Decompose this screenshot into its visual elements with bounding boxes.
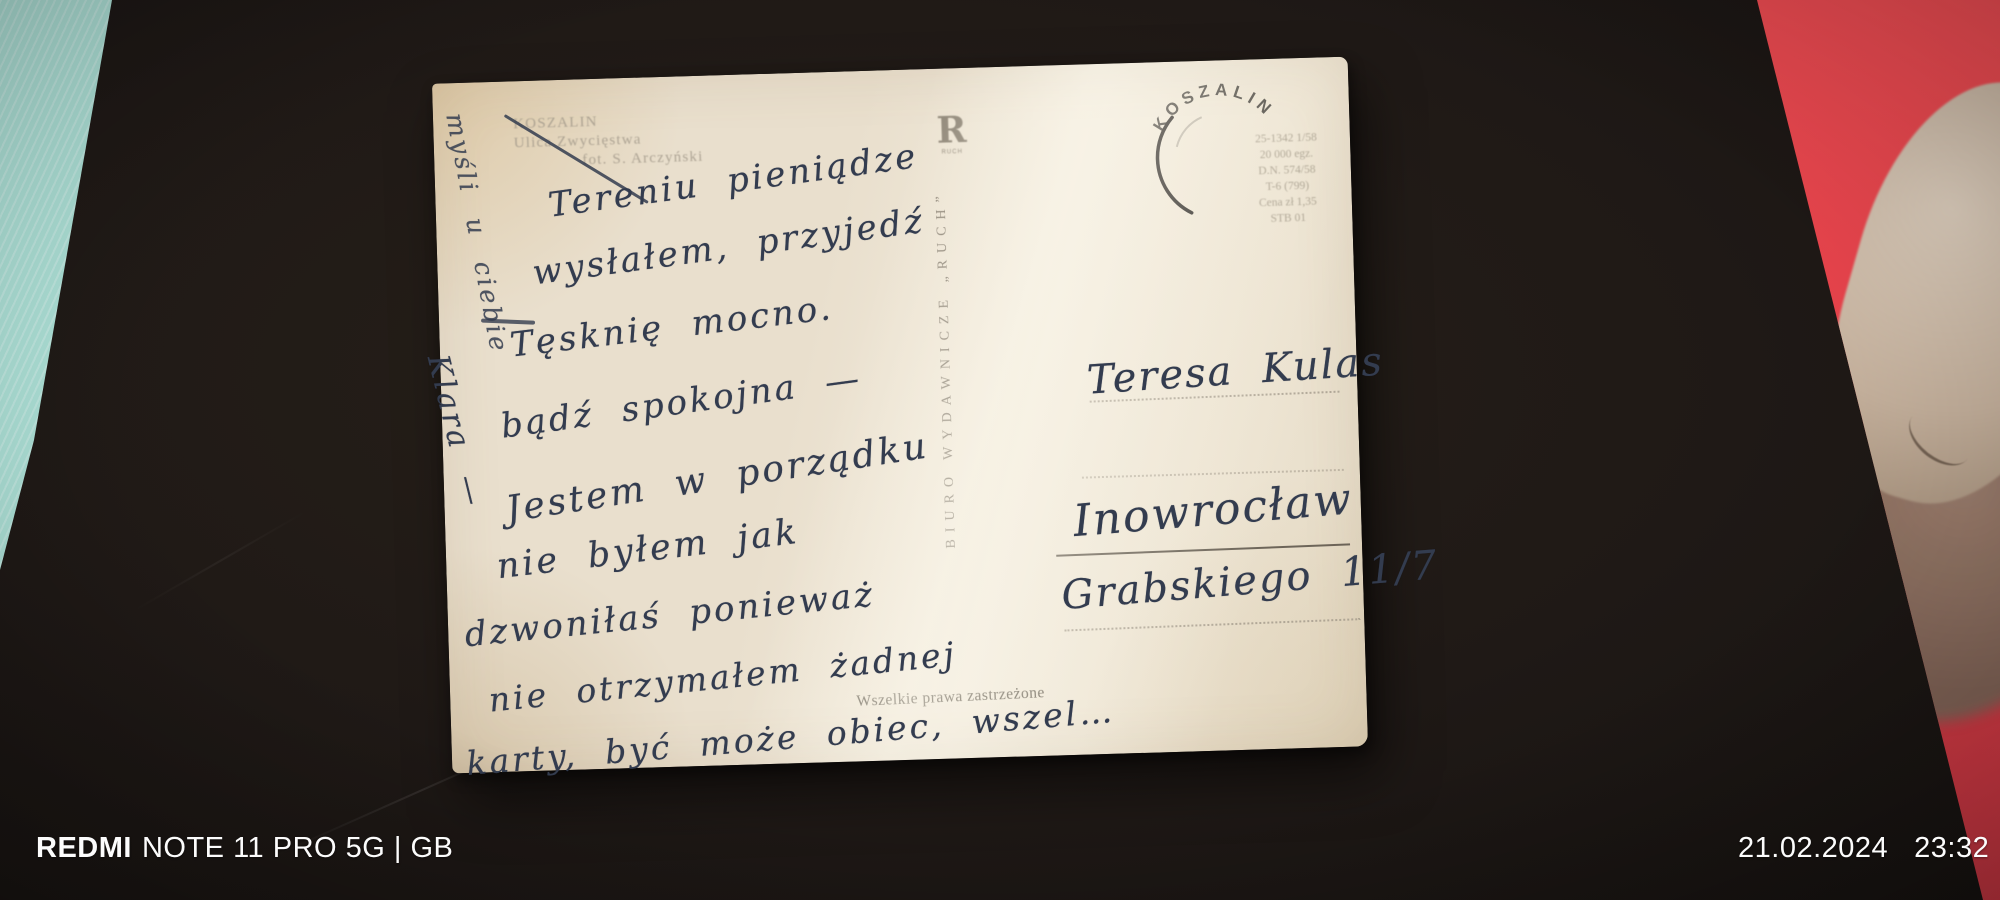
publisher-vertical-text: BIURO WYDAWNICZE „RUCH” xyxy=(933,189,962,549)
message-line: bądź spokojna — xyxy=(498,358,864,446)
watermark-model: NOTE 11 PRO 5G | GB xyxy=(142,832,453,864)
message-line: dzwoniłaś ponieważ xyxy=(463,575,877,656)
address-rule-dotted xyxy=(1064,618,1360,631)
red-fabric xyxy=(1700,0,2000,900)
svg-text:KOSZALIN: KOSZALIN xyxy=(1148,78,1279,135)
message-line: Jestem w porządku xyxy=(503,425,932,530)
photo-scene: KOSZALIN Ulica Zwycięstwa fot. S. Arczyń… xyxy=(0,0,2000,900)
watermark-date: 21.02.2024 xyxy=(1738,832,1888,864)
surface-scratch xyxy=(133,510,307,612)
camera-watermark-datetime: 21.02.202423:32 xyxy=(1738,832,1989,865)
address-recipient: Teresa Kulas xyxy=(1086,338,1385,403)
watermark-time: 23:32 xyxy=(1914,832,1989,864)
printed-caption: KOSZALIN Ulica Zwycięstwa fot. S. Arczyń… xyxy=(513,110,704,173)
postcard-back: KOSZALIN Ulica Zwycięstwa fot. S. Arczyń… xyxy=(432,57,1368,774)
address-city: Inowrocław xyxy=(1071,473,1354,547)
message-line: Tęsknię mocno. xyxy=(508,288,835,366)
camera-watermark-device: REDMINOTE 11 PRO 5G | GB xyxy=(36,832,453,865)
printing-info-block: 25-1342 1/58 20 000 egz. D.N. 574/58 T-6… xyxy=(1227,129,1348,228)
ruch-logo-glyph: R xyxy=(933,112,970,149)
ruch-publisher-logo: R RUCH xyxy=(933,112,970,156)
print-info-line: STB 01 xyxy=(1229,209,1347,228)
postmark-town-text: KOSZALIN xyxy=(1148,78,1279,135)
teal-fabric xyxy=(0,0,160,620)
watermark-brand: REDMI xyxy=(36,832,132,864)
stone-object xyxy=(1795,55,2000,536)
sender-signature: Klara — xyxy=(420,351,491,511)
margin-note: myśli u ciebie xyxy=(440,111,514,356)
